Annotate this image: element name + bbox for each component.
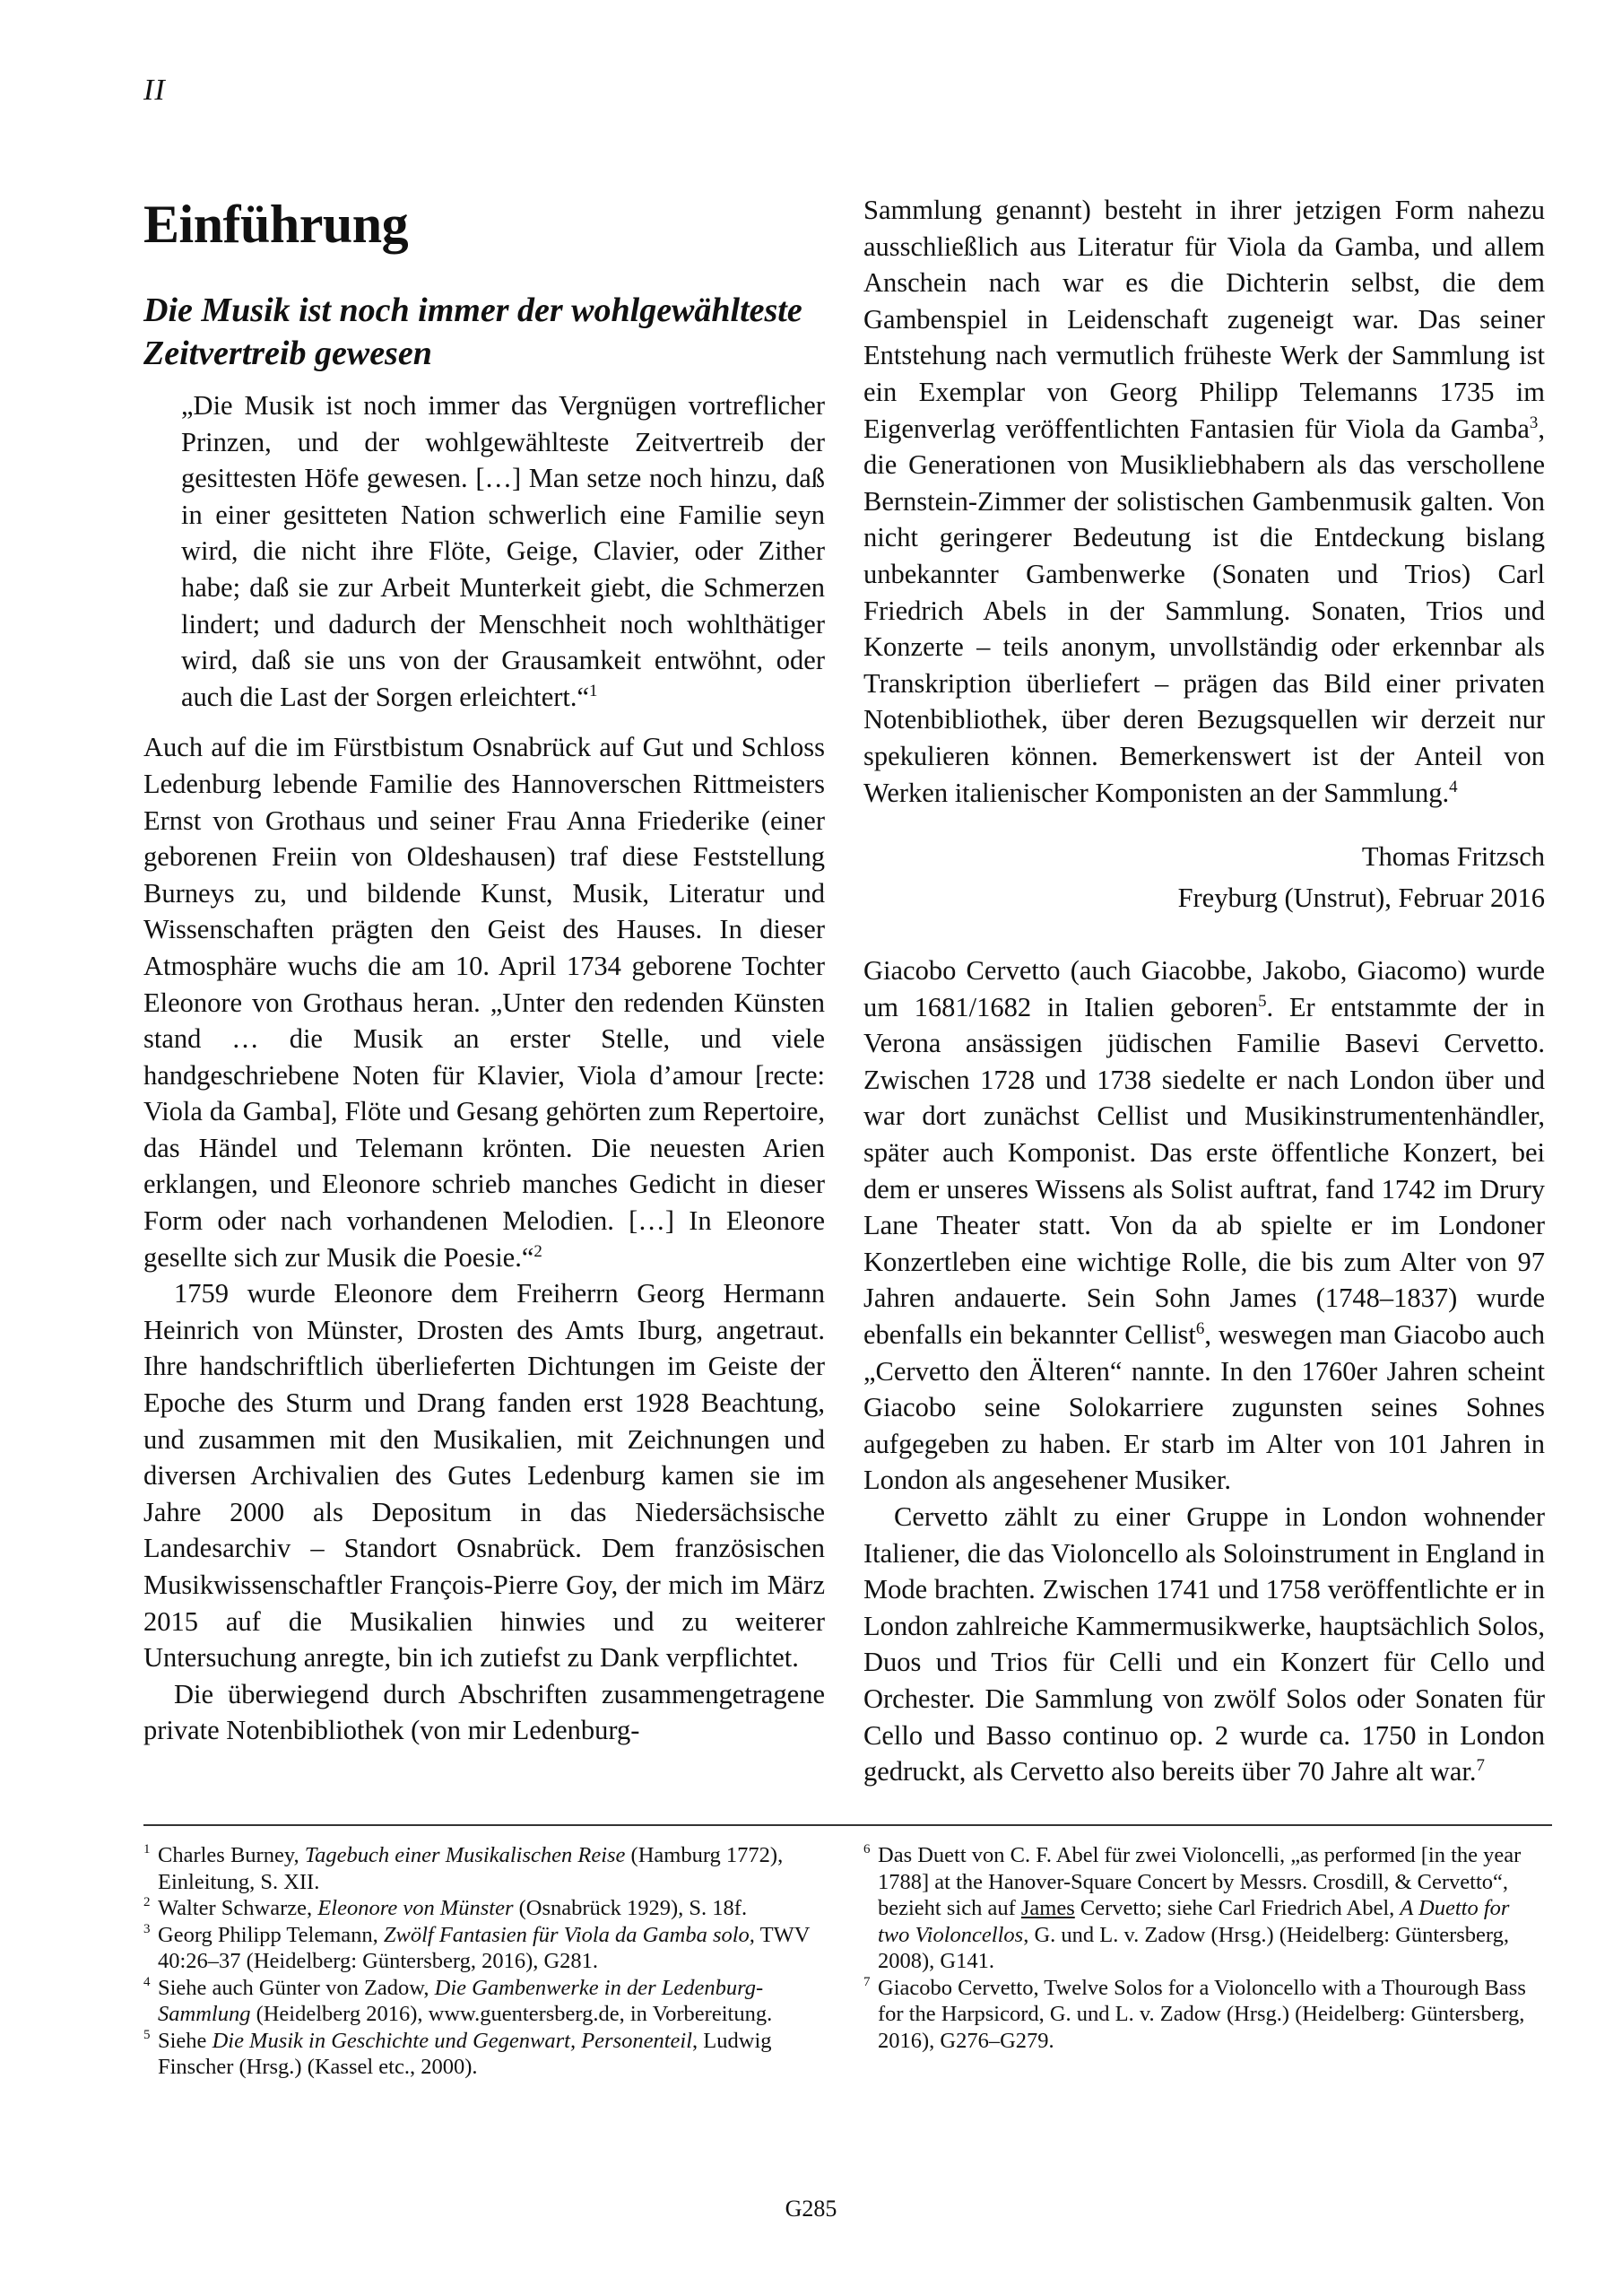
paragraph-grothaus-family: Auch auf die im Fürstbistum Osnabrück au… xyxy=(143,729,825,1275)
footnote-ref-4[interactable]: 4 xyxy=(1449,777,1457,796)
footnotes-right: 6Das Duett von C. F. Abel für zwei Violo… xyxy=(863,1842,1545,2054)
footnote-title: Eleonore von Münster xyxy=(317,1896,513,1920)
right-column: Sammlung genannt) besteht in ihrer jetzi… xyxy=(863,192,1545,1790)
paragraph-text: Cervetto zählt zu einer Gruppe in London… xyxy=(863,1501,1545,1787)
footnote-text: Georg Philipp Telemann, xyxy=(158,1923,384,1947)
paragraph-notenbibliothek-start: Die überwiegend durch Abschriften zusamm… xyxy=(143,1676,825,1749)
footnote-1: 1Charles Burney, Tagebuch einer Musikali… xyxy=(143,1842,825,1895)
footnote-number: 5 xyxy=(143,2022,151,2049)
paragraph-text: , die Generationen von Musikliebhabern a… xyxy=(863,413,1545,808)
footnote-ref-2[interactable]: 2 xyxy=(533,1242,542,1261)
footnote-title: Zwölf Fantasien für Viola da Gamba solo, xyxy=(384,1923,755,1947)
quote-text: „Die Musik ist noch immer das Vergnügen … xyxy=(181,390,825,712)
footnote-number: 4 xyxy=(143,1970,151,1996)
footnote-6: 6Das Duett von C. F. Abel für zwei Violo… xyxy=(863,1842,1545,1975)
section-subtitle: Die Musik ist noch immer der wohlge­wähl… xyxy=(143,289,825,375)
page-number: G285 xyxy=(0,2196,1622,2222)
footnote-number: 2 xyxy=(143,1890,151,1917)
footnote-ref-5[interactable]: 5 xyxy=(1258,992,1266,1011)
underlined-name: James xyxy=(1021,1896,1075,1920)
footnote-5: 5Siehe Die Musik in Geschichte und Gegen… xyxy=(143,2028,825,2081)
footnote-text: Siehe auch Günter von Zadow, xyxy=(158,1976,435,2000)
footnote-title: Tagebuch einer Musikalischen Reise xyxy=(305,1843,626,1867)
footnote-number: 7 xyxy=(863,1970,871,1996)
paragraph-text: Auch auf die im Fürstbistum Osnabrück au… xyxy=(143,732,825,1272)
footnote-3: 3Georg Philipp Telemann, Zwölf Fantasien… xyxy=(143,1922,825,1975)
author-name: Thomas Fritzsch xyxy=(863,836,1545,877)
footnote-text: (Osnabrück 1929), S. 18f. xyxy=(513,1896,747,1920)
footnote-text: Charles Burney, xyxy=(158,1843,305,1867)
footnote-7: 7Giacobo Cervetto, Twelve Solos for a Vi… xyxy=(863,1975,1545,2055)
paragraph-notenbibliothek-cont: Sammlung genannt) besteht in ihrer jetzi… xyxy=(863,192,1545,811)
footnote-ref-7[interactable]: 7 xyxy=(1476,1756,1484,1775)
footnote-text: Walter Schwarze, xyxy=(158,1896,317,1920)
paragraph-text: Sammlung genannt) besteht in ihrer jetzi… xyxy=(863,195,1545,444)
footnote-separator xyxy=(143,1824,1552,1826)
footnote-text: Cervetto; siehe Carl Friedrich Abel, xyxy=(1075,1896,1401,1920)
footnotes-left: 1Charles Burney, Tagebuch einer Musikali… xyxy=(143,1842,825,2081)
paragraph-cervetto-works: Cervetto zählt zu einer Gruppe in London… xyxy=(863,1499,1545,1790)
left-column: Einführung Die Musik ist noch immer der … xyxy=(143,196,825,1749)
footnote-title: Die Musik in Geschichte und Gegenwart, P… xyxy=(213,2029,692,2053)
footnote-number: 6 xyxy=(863,1837,871,1864)
footnote-text: (Heidelberg 2016), www.guentersberg.de, … xyxy=(250,2002,772,2026)
footnote-number: 3 xyxy=(143,1917,151,1944)
footnote-number: 1 xyxy=(143,1837,151,1864)
footnote-2: 2Walter Schwarze, Eleonore von Münster (… xyxy=(143,1895,825,1922)
footnote-ref-6[interactable]: 6 xyxy=(1196,1319,1204,1338)
paragraph-text: . Er entstammte der in Verona ansässigen… xyxy=(863,992,1545,1350)
footnote-text: Siehe xyxy=(158,2029,213,2053)
chapter-title: Einführung xyxy=(143,196,825,253)
paragraph-eleonore-marriage: 1759 wurde Eleonore dem Freiherrn Georg … xyxy=(143,1275,825,1676)
paragraph-cervetto-bio: Giacobo Cervetto (auch Giacobbe, Jakobo,… xyxy=(863,952,1545,1499)
footnote-text: Giacobo Cervetto, Twelve Solos for a Vio… xyxy=(878,1976,1526,2053)
place-date: Freyburg (Unstrut), Februar 2016 xyxy=(863,877,1545,918)
burney-quote: „Die Musik ist noch immer das Vergnügen … xyxy=(181,387,825,715)
footnote-4: 4Siehe auch Günter von Zadow, Die Gamben… xyxy=(143,1975,825,2028)
footnote-ref-3[interactable]: 3 xyxy=(1530,413,1538,431)
footnote-ref-1[interactable]: 1 xyxy=(589,682,597,700)
page-roman-numeral: II xyxy=(143,74,166,108)
signature-block: Thomas Fritzsch Freyburg (Unstrut), Febr… xyxy=(863,836,1545,918)
